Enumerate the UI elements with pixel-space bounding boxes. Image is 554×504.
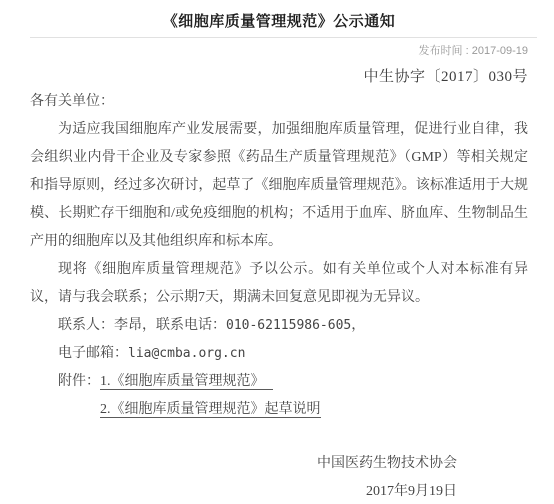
signature-date: 2017年9月19日 xyxy=(30,478,457,504)
notice-document: 《细胞库质量管理规范》公示通知 发布时间 : 2017-09-19 中生协字〔2… xyxy=(0,0,554,504)
paragraph-public-notice: 现将《细胞库质量管理规范》予以公示。如有关单位或个人对本标准有异议，请与我会联系… xyxy=(30,256,528,312)
contact-label: 联系人：李昂，联系电话： xyxy=(58,318,226,333)
publish-time-label: 发布时间 : xyxy=(419,45,472,57)
contact-phone: 010-62115986-605 xyxy=(226,318,351,333)
signature-org: 中国医药生物技术协会 xyxy=(30,450,457,478)
contact-suffix: ， xyxy=(351,318,365,333)
email-line: 电子邮箱：lia@cmba.org.cn xyxy=(30,340,528,368)
document-body: 各有关单位： 为适应我国细胞库产业发展需要，加强细胞库质量管理，促进行业自律，我… xyxy=(30,88,528,424)
attachment-link-2[interactable]: 2.《细胞库质量管理规范》起草说明 xyxy=(100,402,321,418)
paragraph-intro: 为适应我国细胞库产业发展需要，加强细胞库质量管理，促进行业自律，我会组织业内骨干… xyxy=(30,116,528,256)
publish-time: 发布时间 : 2017-09-19 xyxy=(30,44,528,58)
salutation: 各有关单位： xyxy=(30,88,528,116)
email-address: lia@cmba.org.cn xyxy=(128,346,245,361)
page-title: 《细胞库质量管理规范》公示通知 xyxy=(30,12,528,32)
title-divider xyxy=(30,37,537,38)
attachments-line: 附件：1.《细胞库质量管理规范》 xyxy=(30,368,528,396)
attachments-line-2: 2.《细胞库质量管理规范》起草说明 xyxy=(30,396,528,424)
attachment-link-1[interactable]: 1.《细胞库质量管理规范》 xyxy=(100,374,273,390)
publish-date: 2017-09-19 xyxy=(472,45,528,57)
email-label: 电子邮箱： xyxy=(58,346,128,361)
contact-line: 联系人：李昂，联系电话：010-62115986-605， xyxy=(30,312,528,340)
signature-block: 中国医药生物技术协会 2017年9月19日 xyxy=(30,450,528,504)
document-number: 中生协字〔2017〕030号 xyxy=(30,66,528,88)
attachments-label: 附件： xyxy=(58,374,100,389)
